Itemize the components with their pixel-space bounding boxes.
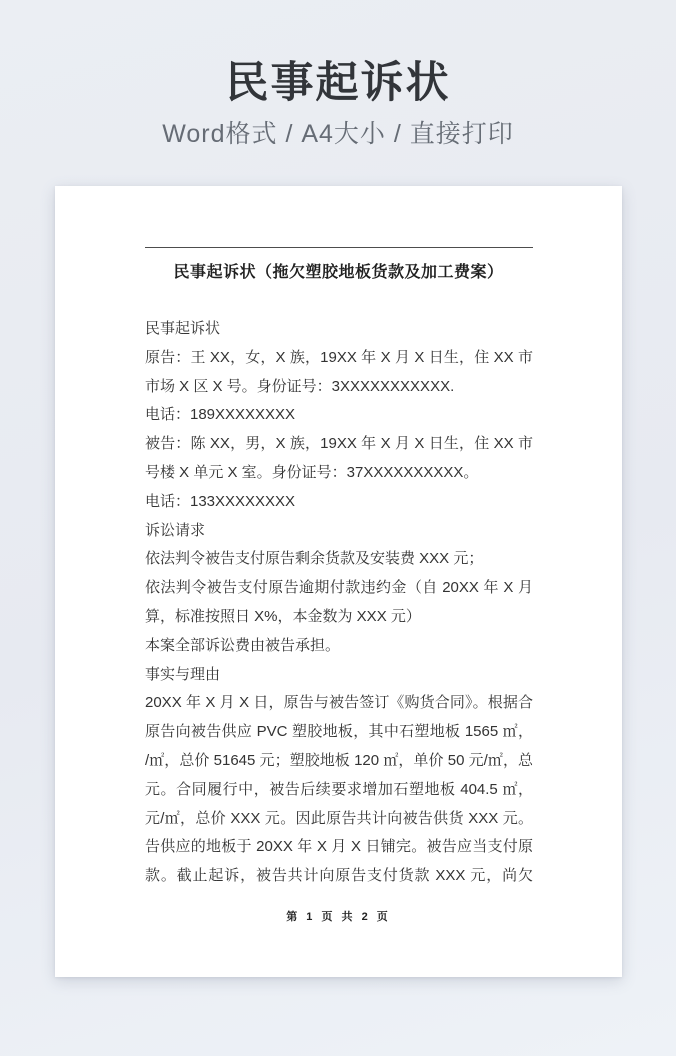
document-line: 款。截止起诉，被告共计向原告支付货款 XXX 元，尚欠 XXX 元。原 xyxy=(145,862,533,891)
document-line: 原告向被告供应 PVC 塑胶地板，其中石塑地板 1565 ㎡，单价 33 元 xyxy=(145,718,533,747)
document-line: 依法判令被告支付原告逾期付款违约金（自 20XX 年 X 月 X 日起计 xyxy=(145,574,533,603)
banner: 民事起诉状 Word格式 / A4大小 / 直接打印 xyxy=(0,0,676,148)
document-line: 依法判令被告支付原告剩余货款及安装费 XXX 元； xyxy=(145,545,533,574)
document-line: 诉讼请求 xyxy=(145,517,533,546)
document-page: 民事起诉状（拖欠塑胶地板货款及加工费案） 民事起诉状原告：王 XX，女，X 族，… xyxy=(55,186,622,977)
document-line: 电话：133XXXXXXXX xyxy=(145,488,533,517)
document-line: 算，标准按照日 X%，本金数为 XXX 元） xyxy=(145,603,533,632)
banner-title: 民事起诉状 xyxy=(0,0,676,106)
document-line: 20XX 年 X 月 X 日，原告与被告签订《购货合同》。根据合同约定， xyxy=(145,689,533,718)
document-title: 民事起诉状（拖欠塑胶地板货款及加工费案） xyxy=(55,263,622,283)
document-line: 事实与理由 xyxy=(145,661,533,690)
page-number: 第 1 页 共 2 页 xyxy=(55,910,622,924)
document-line: 元/㎡，总价 XXX 元。因此原告共计向被告供货 XXX 元。原告向被 xyxy=(145,805,533,834)
document-line: 民事起诉状 xyxy=(145,315,533,344)
document-line: 被告：陈 XX，男，X 族，19XX 年 X 月 X 日生，住 XX 市 XX … xyxy=(145,430,533,459)
document-line: 本案全部诉讼费由被告承担。 xyxy=(145,632,533,661)
title-divider xyxy=(145,247,533,248)
document-line: 市场 X 区 X 号。身份证号：3XXXXXXXXXXX. xyxy=(145,373,533,402)
document-line: 号楼 X 单元 X 室。身份证号：37XXXXXXXXXX。 xyxy=(145,459,533,488)
banner-subtitle: Word格式 / A4大小 / 直接打印 xyxy=(0,121,676,148)
document-line: 告供应的地板于 20XX 年 X 月 X 日铺完。被告应当支付原告全部货 xyxy=(145,833,533,862)
document-line: /㎡，总价 51645 元；塑胶地板 120 ㎡，单价 50 元/㎡，总价 60… xyxy=(145,747,533,776)
document-line: 元。合同履行中，被告后续要求增加石塑地板 404.5 ㎡，单价为 33 xyxy=(145,776,533,805)
document-line: 电话：189XXXXXXXX xyxy=(145,401,533,430)
document-body: 民事起诉状原告：王 XX，女，X 族，19XX 年 X 月 X 日生，住 XX … xyxy=(145,315,533,891)
document-line: 原告：王 XX，女，X 族，19XX 年 X 月 X 日生，住 XX 市 XX … xyxy=(145,344,533,373)
